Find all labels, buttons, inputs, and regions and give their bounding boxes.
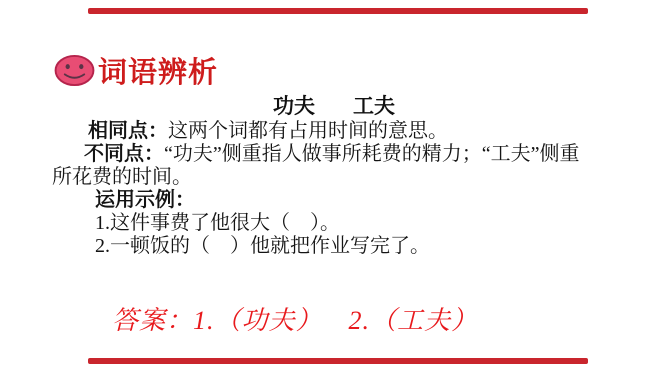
same-point-line: 相同点：这两个词都有占用时间的意思。 [88, 120, 448, 143]
usage-examples-label: 运用示例： [95, 189, 195, 212]
example-2-text: 2.一顿饭的（ ）他就把作业写完了。 [95, 235, 430, 257]
diff-point-line-2: 所花费的时间。 [52, 166, 192, 189]
same-point-text: 这两个词都有占用时间的意思。 [168, 120, 448, 142]
usage-examples-label-text: 运用示例： [95, 189, 195, 211]
diff-point-label: 不同点： [84, 143, 164, 165]
slide-canvas: 词语辨析 功夫工夫 相同点：这两个词都有占用时间的意思。 不同点：“功夫”侧重指… [0, 0, 668, 376]
answer-item-2: 2.（工夫） [349, 306, 479, 335]
diff-point-line-1: 不同点：“功夫”侧重指人做事所耗费的精力；“工夫”侧重 [84, 143, 580, 166]
example-1-text: 1.这件事费了他很大（ ）。 [95, 212, 340, 234]
answer-line: 答案：1.（功夫）2.（工夫） [112, 300, 478, 337]
diff-point-text-2: 所花费的时间。 [52, 166, 192, 188]
example-2: 2.一顿饭的（ ）他就把作业写完了。 [95, 235, 430, 258]
answer-label: 答案： [112, 306, 193, 335]
top-border-bar [88, 8, 588, 14]
smiley-face-shape [56, 56, 94, 85]
smiley-icon [54, 54, 95, 87]
example-1: 1.这件事费了他很大（ ）。 [95, 212, 340, 235]
slide-header: 词语辨析 [54, 50, 218, 91]
diff-point-text-1: “功夫”侧重指人做事所耗费的精力；“工夫”侧重 [164, 143, 580, 165]
same-point-label: 相同点： [88, 120, 168, 142]
word-pair-word-1: 功夫 [273, 94, 315, 118]
bottom-border-bar [88, 358, 588, 364]
word-pair-title: 功夫工夫 [0, 90, 668, 120]
word-pair-word-2: 工夫 [353, 94, 395, 118]
answer-item-1: 1.（功夫） [193, 306, 323, 335]
page-title: 词语辨析 [98, 50, 218, 91]
smiley-right-eye [79, 64, 83, 69]
smiley-left-eye [66, 64, 70, 69]
